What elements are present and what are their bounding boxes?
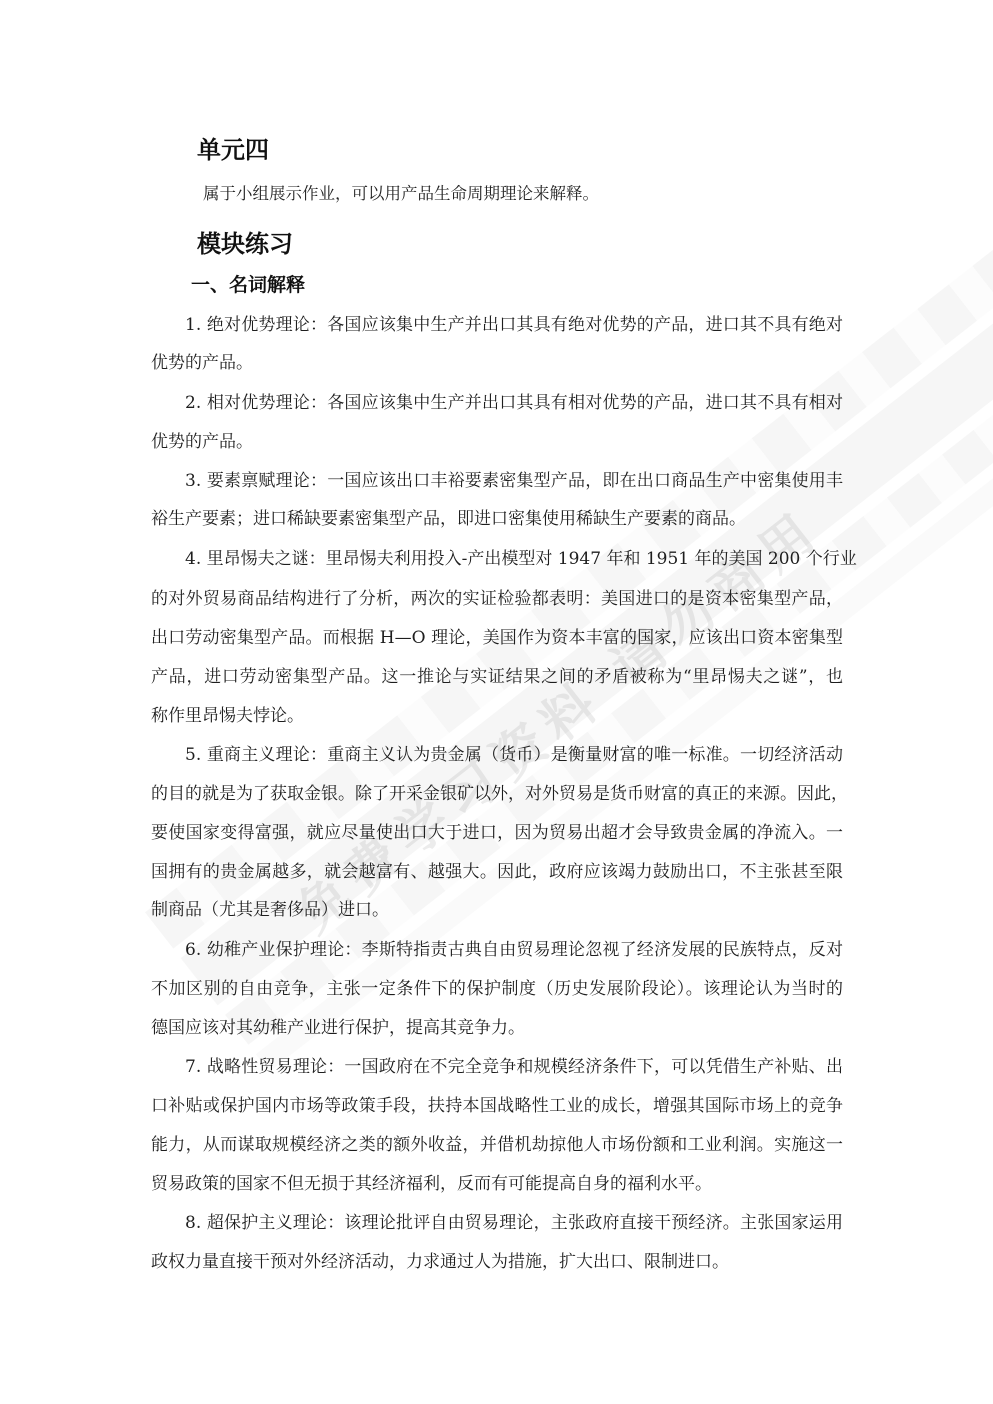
item-5-line-5: 制商品（尤其是奢侈品）进口。 (151, 895, 843, 920)
item-8-line-2: 政权力量直接干预对外经济活动，力求通过人为措施，扩大出口、限制进口。 (151, 1247, 843, 1272)
item-8-line-1: 8. 超保护主义理论：该理论批评自由贸易理论，主张政府直接干预经济。主张国家运用 (185, 1208, 843, 1233)
item-7-line-3: 能力，从而谋取规模经济之类的额外收益，并借机劫掠他人市场份额和工业利润。实施这一 (151, 1130, 843, 1155)
item-7-line-1: 7. 战略性贸易理论：一国政府在不完全竞争和规模经济条件下，可以凭借生产补贴、出 (185, 1052, 843, 1077)
item-7-line-2: 口补贴或保护国内市场等政策手段，扶持本国战略性工业的成长，增强其国际市场上的竞争 (151, 1091, 843, 1116)
item-4-line-1: 4. 里昂惕夫之谜：里昂惕夫利用投入-产出模型对 1947 年和 1951 年的… (185, 544, 843, 569)
unit-text: 属于小组展示作业，可以用产品生命周期理论来解释。 (203, 180, 599, 204)
item-4-line-2: 的对外贸易商品结构进行了分析，两次的实证检验都表明：美国进口的是资本密集型产品， (151, 584, 843, 609)
item-6-line-3: 德国应该对其幼稚产业进行保护，提高其竞争力。 (151, 1013, 843, 1038)
item-5-line-4: 国拥有的贵金属越多，就会越富有、越强大。因此，政府应该竭力鼓励出口，不主张甚至限 (151, 857, 843, 882)
item-5-line-1: 5. 重商主义理论：重商主义认为贵金属（货币）是衡量财富的唯一标准。一切经济活动 (185, 740, 843, 765)
item-4-line-4: 产品，进口劳动密集型产品。这一推论与实证结果之间的矛盾被称为“里昂惕夫之谜”，也 (151, 662, 843, 687)
item-2-line-2: 优势的产品。 (151, 427, 843, 452)
item-1-line-1: 1. 绝对优势理论：各国应该集中生产并出口其具有绝对优势的产品，进口其不具有绝对 (185, 310, 843, 335)
module-heading: 模块练习 (197, 224, 293, 259)
item-5-line-3: 要使国家变得富强，就应尽量使出口大于进口，因为贸易出超才会导致贵金属的净流入。一 (151, 818, 843, 843)
item-7-line-4: 贸易政策的国家不但无损于其经济福利，反而有可能提高自身的福利水平。 (151, 1169, 843, 1194)
item-4-line-5: 称作里昂惕夫悖论。 (151, 701, 843, 726)
document-page: 单元四 属于小组展示作业，可以用产品生命周期理论来解释。 模块练习 一、名词解释… (0, 0, 993, 1404)
item-4-line-3: 出口劳动密集型产品。而根据 H—O 理论，美国作为资本丰富的国家，应该出口资本密… (151, 623, 843, 648)
item-2-line-1: 2. 相对优势理论：各国应该集中生产并出口其具有相对优势的产品，进口其不具有相对 (185, 388, 843, 413)
item-5-line-2: 的目的就是为了获取金银。除了开采金银矿以外，对外贸易是货币财富的真正的来源。因此… (151, 779, 843, 804)
item-6-line-1: 6. 幼稚产业保护理论：李斯特指责古典自由贸易理论忽视了经济发展的民族特点，反对 (185, 935, 843, 960)
item-3-line-2: 裕生产要素；进口稀缺要素密集型产品，即进口密集使用稀缺生产要素的商品。 (151, 504, 843, 529)
section-heading: 一、名词解释 (191, 270, 305, 297)
unit-heading: 单元四 (197, 130, 269, 165)
item-6-line-2: 不加区别的自由竞争，主张一定条件下的保护制度（历史发展阶段论）。该理论认为当时的 (151, 974, 843, 999)
item-1-line-2: 优势的产品。 (151, 348, 843, 373)
item-3-line-1: 3. 要素禀赋理论：一国应该出口丰裕要素密集型产品，即在出口商品生产中密集使用丰 (185, 466, 843, 491)
